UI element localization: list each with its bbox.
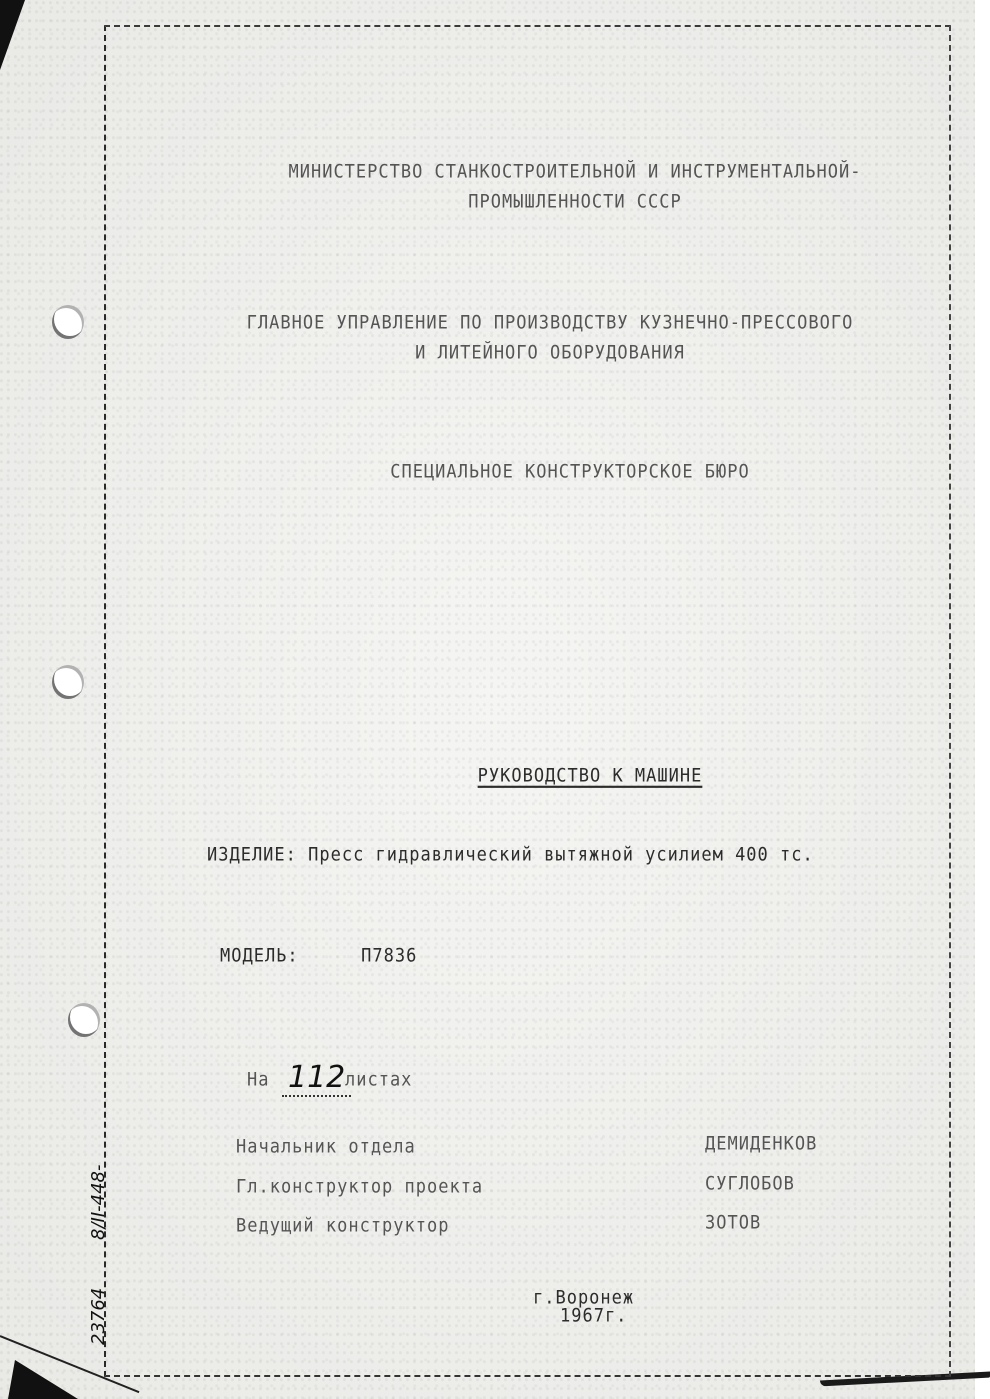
inventory-number: 23764: [88, 1288, 109, 1345]
page-border-frame: [104, 25, 951, 1377]
bureau-name: СПЕЦИАЛЬНОЕ КОНСТРУКТОРСКОЕ БЮРО: [365, 461, 775, 483]
binder-hole-icon: [68, 1003, 100, 1037]
sheets-suffix: листах: [345, 1069, 412, 1091]
signatory-name: ЗОТОВ: [705, 1212, 761, 1234]
sheets-prefix: На: [247, 1069, 269, 1091]
signatory-name: СУГЛОБОВ: [705, 1173, 795, 1195]
binder-hole-icon: [52, 305, 84, 339]
product-line: ИЗДЕЛИЕ: Пресс гидравлический вытяжной у…: [207, 844, 814, 866]
directorate-line-2: И ЛИТЕЙНОГО ОБОРУДОВАНИЯ: [205, 342, 895, 364]
signatory-role: Начальник отдела: [236, 1136, 416, 1158]
product-label: ИЗДЕЛИЕ:: [207, 844, 297, 866]
document-title: РУКОВОДСТВО К МАШИНЕ: [460, 765, 720, 787]
signatory-role: Гл.конструктор проекта: [236, 1176, 483, 1198]
binder-hole-icon: [52, 665, 84, 699]
model-label: МОДЕЛЬ:: [220, 945, 299, 967]
archive-code: 8/II-448-: [88, 1165, 109, 1240]
ministry-line-2: ПРОМЫШЛЕННОСТИ СССР: [255, 191, 895, 213]
product-value: Пресс гидравлический вытяжной усилием 40…: [308, 844, 814, 866]
year: 1967г.: [560, 1305, 627, 1327]
sheets-count: 112: [282, 1060, 351, 1097]
model-value: П7836: [361, 945, 417, 967]
ministry-line-1: МИНИСТЕРСТВО СТАНКОСТРОИТЕЛЬНОЙ И ИНСТРУ…: [255, 161, 895, 183]
directorate-line-1: ГЛАВНОЕ УПРАВЛЕНИЕ ПО ПРОИЗВОДСТВУ КУЗНЕ…: [205, 312, 895, 334]
page-edge-right: [975, 0, 990, 1399]
signatory-role: Ведущий конструктор: [236, 1215, 449, 1237]
model-line: МОДЕЛЬ: П7836: [220, 945, 417, 967]
signatory-name: ДЕМИДЕНКОВ: [705, 1133, 817, 1155]
